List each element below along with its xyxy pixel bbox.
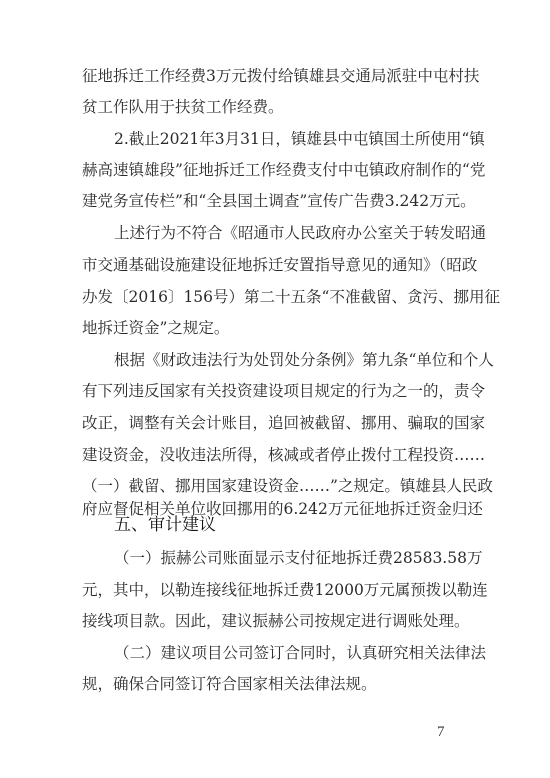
- text-line: 建设资金，没收违法所得，核减或者停止拨付工程投资……: [82, 445, 466, 465]
- section-heading: 五、审计建议: [114, 514, 216, 536]
- text-line: 办发〔2016〕156号）第二十五条“不准截留、贪污、挪用征: [82, 287, 466, 307]
- document-page: 征地拆迁工作经费3万元拨付给镇雄县交通局派驻中屯村扶 贫工作队用于扶贫工作经费。…: [0, 0, 550, 778]
- text-line: 征地拆迁工作经费3万元拨付给镇雄县交通局派驻中屯村扶: [82, 66, 466, 86]
- text-line: 地拆迁资金”之规定。: [82, 318, 466, 338]
- text-line: （二）建议项目公司签订合同时，认真研究相关法律法: [114, 643, 466, 663]
- text-line: 改正，调整有关会计账目，追回被截留、挪用、骗取的国家: [82, 413, 466, 433]
- text-line: 有下列违反国家有关投资建设项目规定的行为之一的，责令: [82, 381, 466, 401]
- text-line: 市交通基础设施建设征地拆迁安置指导意见的通知》（昭政: [82, 255, 466, 275]
- text-line: 上述行为不符合《昭通市人民政府办公室关于转发昭通: [114, 223, 466, 243]
- text-line: 元，其中，以勒连接线征地拆迁费12000万元属预拨以勒连: [82, 580, 466, 600]
- text-line: 2.截止2021年3月31日，镇雄县中屯镇国土所使用“镇: [114, 129, 466, 149]
- text-line: （一）振赫公司账面显示支付征地拆迁费28583.58万: [114, 548, 466, 568]
- text-line: （一）截留、挪用国家建设资金……”之规定。镇雄县人民政: [82, 476, 466, 496]
- text-line: 赫高速镇雄段”征地拆迁工作经费支付中屯镇政府制作的“党: [82, 160, 466, 180]
- text-line: 建党务宣传栏”和“全县国土调查”宣传广告费3.242万元。: [82, 191, 466, 211]
- text-line: 根据《财政违法行为处罚处分条例》第九条“单位和个人: [114, 350, 466, 370]
- text-line: 规，确保合同签订符合国家相关法律法规。: [82, 674, 466, 694]
- page-number: 7: [437, 724, 445, 741]
- text-line: 接线项目款。因此，建议振赫公司按规定进行调账处理。: [82, 611, 466, 631]
- text-line: 贫工作队用于扶贫工作经费。: [82, 97, 466, 117]
